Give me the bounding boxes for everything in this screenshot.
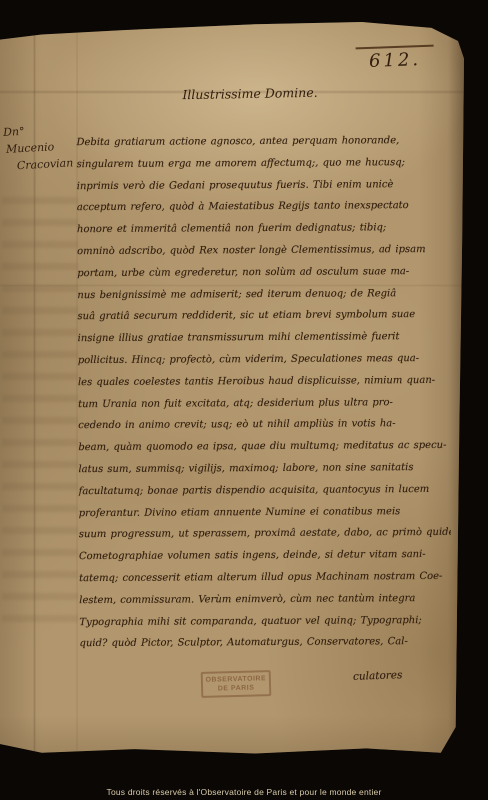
ink-bleedthrough	[2, 197, 78, 627]
manuscript-line: proferantur. Divino etiam annuente Numin…	[79, 500, 451, 524]
manuscript-line: tum Urania non fuit excitata, atq; desid…	[78, 391, 450, 415]
manuscript-page: 612. Illustrissime Domine. Dn° Mucenio C…	[0, 22, 464, 755]
manuscript-line: portam, urbe cùm egrederetur, non solùm …	[77, 261, 449, 285]
manuscript-line: inprimis verò die Gedani prosequutus fue…	[77, 173, 449, 197]
manuscript-line: facultatumq; bonae partis dispendio acqu…	[79, 479, 451, 503]
manuscript-line: Debita gratiarum actione agnosco, antea …	[76, 130, 448, 154]
letter-salutation: Illustrissime Domine.	[140, 84, 360, 103]
observatoire-de-paris-stamp: OBSERVATOIRE DE PARIS	[201, 670, 272, 698]
manuscript-line: tatemq; concesserit etiam alterum illud …	[79, 566, 451, 590]
folio-number: 612.	[356, 45, 435, 73]
manuscript-line: pollicitus. Hincq; profectò, cùm viderim…	[78, 348, 450, 372]
manuscript-line: acceptum refero, quòd à Maiestatibus Reg…	[77, 195, 449, 219]
manuscript-line: suum progressum, ut sperassem, proximâ a…	[79, 522, 451, 546]
manuscript-line: quid? quòd Pictor, Sculptor, Automaturgu…	[79, 631, 451, 655]
stamp-line: DE PARIS	[205, 683, 267, 694]
manuscript-line: lestem, commissuram. Verùm enimverò, cùm…	[79, 588, 451, 612]
manuscript-line: latus sum, summisq; vigilijs, maximoq; l…	[78, 457, 450, 481]
letter-body-text: Debita gratiarum actione agnosco, antea …	[76, 130, 451, 655]
margin-note-line: Cracovian	[4, 154, 79, 175]
manuscript-line: omninò adscribo, quòd Rex noster longè C…	[77, 239, 449, 263]
manuscript-line: Typographia mihi sit comparanda, quatuor…	[79, 609, 451, 633]
manuscript-line: insigne illius gratiae transmissurum mih…	[78, 326, 450, 350]
manuscript-line: beam, quàm quomodo ea ipsa, quae diu mul…	[78, 435, 450, 459]
margin-note-addressee: Dn° Mucenio Cracovian	[3, 120, 80, 175]
manuscript-line: cedendo in animo crevit; usq; eò ut nihi…	[78, 413, 450, 437]
manuscript-line: singularem tuum erga me amorem affectumq…	[77, 152, 449, 176]
manuscript-line: honore et immeritâ clementiâ non fuerim …	[77, 217, 449, 241]
manuscript-line: suâ gratiâ securum reddiderit, sic ut et…	[77, 304, 449, 328]
copyright-caption: Tous droits réservés à l'Observatoire de…	[0, 787, 488, 797]
manuscript-line: Cometographiae volumen satis ingens, dei…	[79, 544, 451, 568]
catchword: culatores	[352, 669, 402, 683]
manuscript-line: les quales coelestes tantis Heroibus hau…	[78, 370, 450, 394]
manuscript-line: nus benignissimè me admiserit; sed iteru…	[77, 282, 449, 306]
